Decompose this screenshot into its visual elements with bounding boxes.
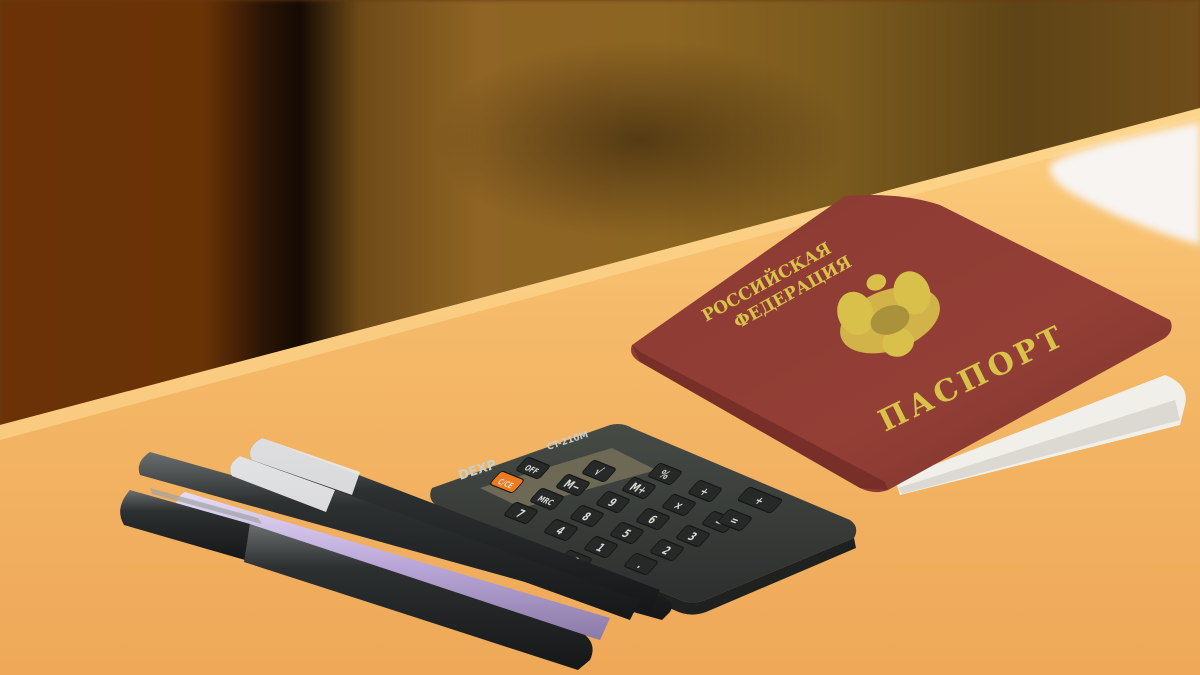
desk-scene-svg: РОССИЙСКАЯ ФЕДЕРАЦИЯ ПАСПОРТ DEXP CT-210… <box>0 0 1200 675</box>
photo-scene: РОССИЙСКАЯ ФЕДЕРАЦИЯ ПАСПОРТ DEXP CT-210… <box>0 0 1200 675</box>
